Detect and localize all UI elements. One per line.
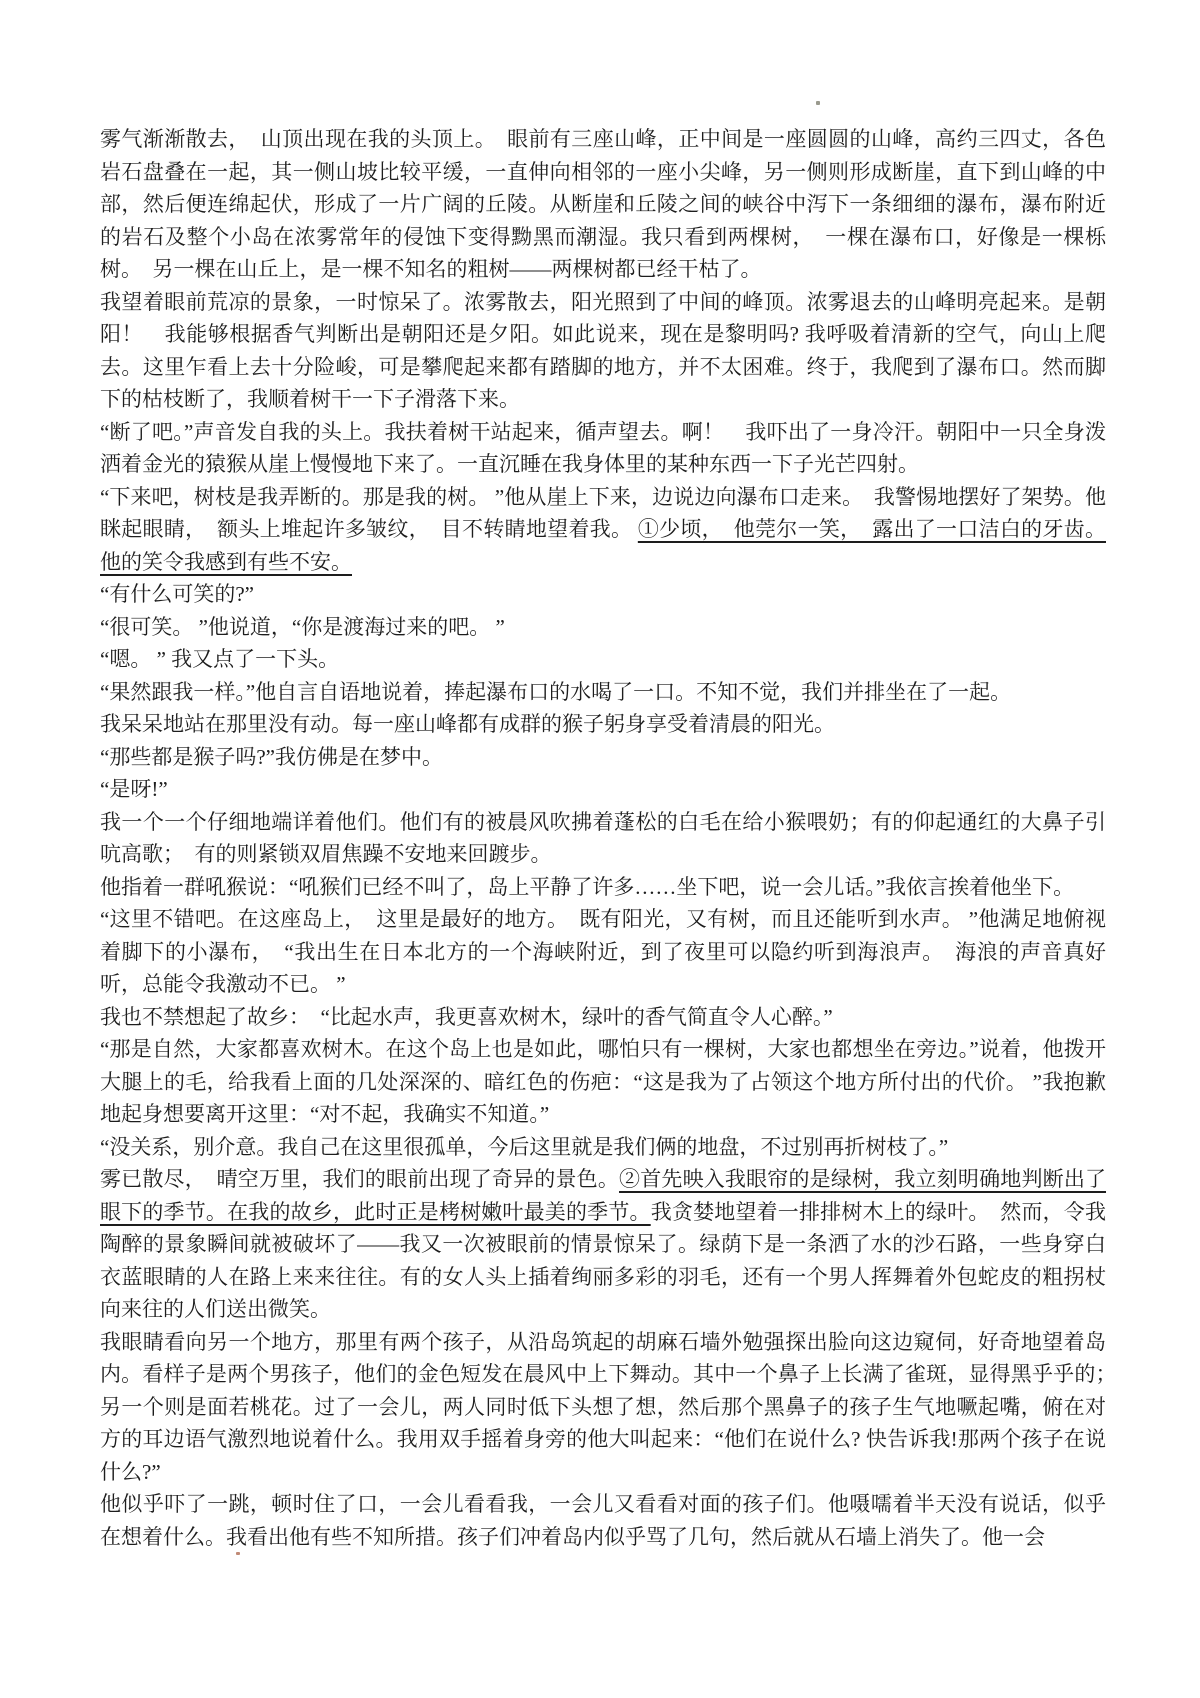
text-segment: “断了吧。”声音发自我的头上。我扶着树干站起来，循声望去。啊！ 我吓出了一身冷汗… (100, 420, 1106, 477)
paragraph: 我一个一个仔细地端详着他们。他们有的被晨风吹拂着蓬松的白毛在给小猴喂奶；有的仰起… (100, 806, 1106, 871)
paragraph: 我也不禁想起了故乡： “比起水声，我更喜欢树木，绿叶的香气简直令人心醉。” (100, 1001, 1106, 1034)
document-body: 雾气渐渐散去， 山顶出现在我的头顶上。 眼前有三座山峰，正中间是一座圆圆的山峰，… (100, 123, 1106, 1553)
paragraph: “没关系，别介意。我自己在这里很孤单，今后这里就是我们俩的地盘，不过别再折树枝了… (100, 1131, 1106, 1164)
text-segment: 雾气渐渐散去， 山顶出现在我的头顶上。 眼前有三座山峰，正中间是一座圆圆的山峰，… (100, 127, 1106, 281)
text-segment: 我呆呆地站在那里没有动。每一座山峰都有成群的猴子躬身享受着清晨的阳光。 (100, 712, 835, 736)
scan-speck-top (816, 101, 820, 105)
text-segment: “那是自然，大家都喜欢树木。在这个岛上也是如此，哪怕只有一棵树，大家也都想坐在旁… (100, 1037, 1106, 1126)
text-segment: 他指着一群吼猴说：“吼猴们已经不叫了，岛上平静了许多……坐下吧，说一会儿话。”我… (100, 875, 1074, 899)
paragraph: 他指着一群吼猴说：“吼猴们已经不叫了，岛上平静了许多……坐下吧，说一会儿话。”我… (100, 871, 1106, 904)
paragraph: “那些都是猴子吗?”我仿佛是在梦中。 (100, 741, 1106, 774)
text-segment: “果然跟我一样。”他自言自语地说着，捧起瀑布口的水喝了一口。不知不觉，我们并排坐… (100, 680, 1011, 704)
paragraph: “那是自然，大家都喜欢树木。在这个岛上也是如此，哪怕只有一棵树，大家也都想坐在旁… (100, 1033, 1106, 1131)
text-segment: “很可笑。 ”他说道，“你是渡海过来的吧。 ” (100, 615, 505, 639)
document-page: 雾气渐渐散去， 山顶出现在我的头顶上。 眼前有三座山峰，正中间是一座圆圆的山峰，… (0, 0, 1200, 1698)
paragraph: 我呆呆地站在那里没有动。每一座山峰都有成群的猴子躬身享受着清晨的阳光。 (100, 708, 1106, 741)
paragraph: “很可笑。 ”他说道，“你是渡海过来的吧。 ” (100, 611, 1106, 644)
text-segment: “没关系，别介意。我自己在这里很孤单，今后这里就是我们俩的地盘，不过别再折树枝了… (100, 1135, 948, 1159)
paragraph: “有什么可笑的?” (100, 578, 1106, 611)
paragraph: “这里不错吧。在这座岛上， 这里是最好的地方。 既有阳光，又有树，而且还能听到水… (100, 903, 1106, 1001)
text-segment: “是呀!” (100, 777, 168, 801)
text-segment: “嗯。 ” 我又点了一下头。 (100, 647, 339, 671)
paragraph: “嗯。 ” 我又点了一下头。 (100, 643, 1106, 676)
paragraph: “下来吧，树枝是我弄断的。那是我的树。 ”他从崖上下来，边说边向瀑布口走来。 我… (100, 481, 1106, 579)
paragraph: “果然跟我一样。”他自言自语地说着，捧起瀑布口的水喝了一口。不知不觉，我们并排坐… (100, 676, 1106, 709)
scan-speck-bottom (236, 1552, 240, 1555)
paragraph: 雾已散尽， 晴空万里，我们的眼前出现了奇异的景色。②首先映入我眼帘的是绿树，我立… (100, 1163, 1106, 1326)
paragraph: “断了吧。”声音发自我的头上。我扶着树干站起来，循声望去。啊！ 我吓出了一身冷汗… (100, 416, 1106, 481)
paragraph: 雾气渐渐散去， 山顶出现在我的头顶上。 眼前有三座山峰，正中间是一座圆圆的山峰，… (100, 123, 1106, 286)
text-segment: “这里不错吧。在这座岛上， 这里是最好的地方。 既有阳光，又有树，而且还能听到水… (100, 907, 1106, 996)
text-segment: 我一个一个仔细地端详着他们。他们有的被晨风吹拂着蓬松的白毛在给小猴喂奶；有的仰起… (100, 810, 1106, 867)
paragraph: 我眼睛看向另一个地方，那里有两个孩子，从沿岛筑起的胡麻石墙外勉强探出脸向这边窥伺… (100, 1326, 1106, 1489)
text-segment: “有什么可笑的?” (100, 582, 254, 606)
paragraph: “是呀!” (100, 773, 1106, 806)
text-segment: 我也不禁想起了故乡： “比起水声，我更喜欢树木，绿叶的香气简直令人心醉。” (100, 1005, 833, 1029)
paragraph: 他似乎吓了一跳，顿时住了口，一会儿看看我，一会儿又看看对面的孩子们。他嗫嚅着半天… (100, 1488, 1106, 1553)
text-segment: 雾已散尽， 晴空万里，我们的眼前出现了奇异的景色。 (100, 1167, 619, 1191)
text-segment: 我眼睛看向另一个地方，那里有两个孩子，从沿岛筑起的胡麻石墙外勉强探出脸向这边窥伺… (100, 1330, 1127, 1484)
text-segment: 我望着眼前荒凉的景象，一时惊呆了。浓雾散去，阳光照到了中间的峰顶。浓雾退去的山峰… (100, 290, 1106, 412)
text-segment: “那些都是猴子吗?”我仿佛是在梦中。 (100, 745, 443, 769)
paragraph: 我望着眼前荒凉的景象，一时惊呆了。浓雾散去，阳光照到了中间的峰顶。浓雾退去的山峰… (100, 286, 1106, 416)
text-segment: 他似乎吓了一跳，顿时住了口，一会儿看看我，一会儿又看看对面的孩子们。他嗫嚅着半天… (100, 1492, 1106, 1549)
